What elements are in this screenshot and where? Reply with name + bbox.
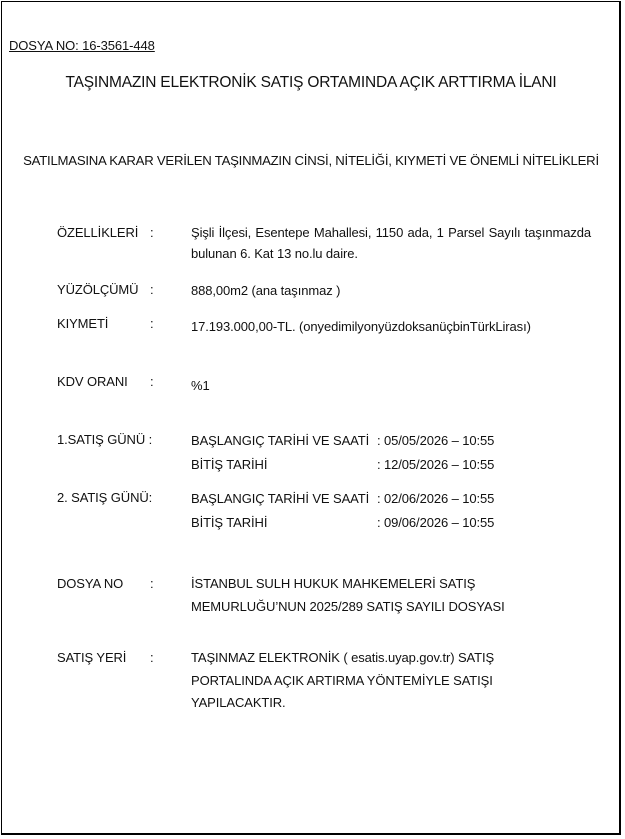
field-label-satis-1: 1.SATIŞ GÜNÜ :: [57, 432, 152, 447]
field-label-yuzolcumu: YÜZÖLÇÜMÜ: [57, 282, 138, 297]
field-colon: :: [150, 316, 154, 331]
satis-2-end-value: : 09/06/2026 – 10:55: [377, 515, 494, 530]
field-colon: :: [150, 282, 154, 297]
file-number-header: DOSYA NO: 16-3561-448: [9, 38, 155, 53]
field-value-yuzolcumu: 888,00m2 (ana taşınmaz ): [191, 280, 340, 301]
satis-1-start-label: BAŞLANGIÇ TARİHİ VE SAATİ: [191, 430, 377, 451]
field-label-satis-yeri: SATIŞ YERİ: [57, 650, 126, 665]
field-label-ozellikleri: ÖZELLİKLERİ: [57, 225, 138, 240]
field-value-kiymeti: 17.193.000,00-TL. (onyedimilyonyüzdoksan…: [191, 316, 531, 337]
satis-1-end-label: BİTİŞ TARİHİ: [191, 454, 377, 475]
document-border: [1, 1, 621, 835]
dosya-no-line2: MEMURLUĞU’NUN 2025/289 SATIŞ SAYILI DOSY…: [191, 596, 505, 617]
satis-2-end: BİTİŞ TARİHİ: 09/06/2026 – 10:55: [191, 512, 494, 533]
field-colon: :: [150, 374, 154, 389]
field-label-kiymeti: KIYMETİ: [57, 316, 108, 331]
field-label-kdv-orani: KDV ORANI: [57, 374, 128, 389]
satis-2-end-label: BİTİŞ TARİHİ: [191, 512, 377, 533]
satis-2-start-value: : 02/06/2026 – 10:55: [377, 491, 494, 506]
satis-yeri-line1: TAŞINMAZ ELEKTRONİK ( esatis.uyap.gov.tr…: [191, 647, 494, 668]
satis-yeri-line2: PORTALINDA AÇIK ARTIRMA YÖNTEMİYLE SATIŞ…: [191, 670, 493, 691]
satis-1-end: BİTİŞ TARİHİ: 12/05/2026 – 10:55: [191, 454, 494, 475]
announcement-title: TAŞINMAZIN ELEKTRONİK SATIŞ ORTAMINDA AÇ…: [0, 74, 622, 92]
field-colon: :: [150, 576, 154, 591]
satis-2-start-label: BAŞLANGIÇ TARİHİ VE SAATİ: [191, 488, 377, 509]
satis-1-start: BAŞLANGIÇ TARİHİ VE SAATİ: 05/05/2026 – …: [191, 430, 494, 451]
field-value-kdv-orani: %1: [191, 375, 210, 396]
satis-1-start-value: : 05/05/2026 – 10:55: [377, 433, 494, 448]
satis-1-end-value: : 12/05/2026 – 10:55: [377, 457, 494, 472]
field-label-satis-2: 2. SATIŞ GÜNÜ:: [57, 490, 152, 505]
field-value-ozellikleri: Şişli İlçesi, Esentepe Mahallesi, 1150 a…: [191, 222, 591, 264]
section-subtitle: SATILMASINA KARAR VERİLEN TAŞINMAZIN CİN…: [0, 153, 622, 168]
dosya-no-line1: İSTANBUL SULH HUKUK MAHKEMELERİ SATIŞ: [191, 573, 475, 594]
field-colon: :: [150, 650, 154, 665]
field-label-dosya-no: DOSYA NO: [57, 576, 123, 591]
field-colon: :: [150, 225, 154, 240]
satis-2-start: BAŞLANGIÇ TARİHİ VE SAATİ: 02/06/2026 – …: [191, 488, 494, 509]
satis-yeri-line3: YAPILACAKTIR.: [191, 692, 286, 713]
